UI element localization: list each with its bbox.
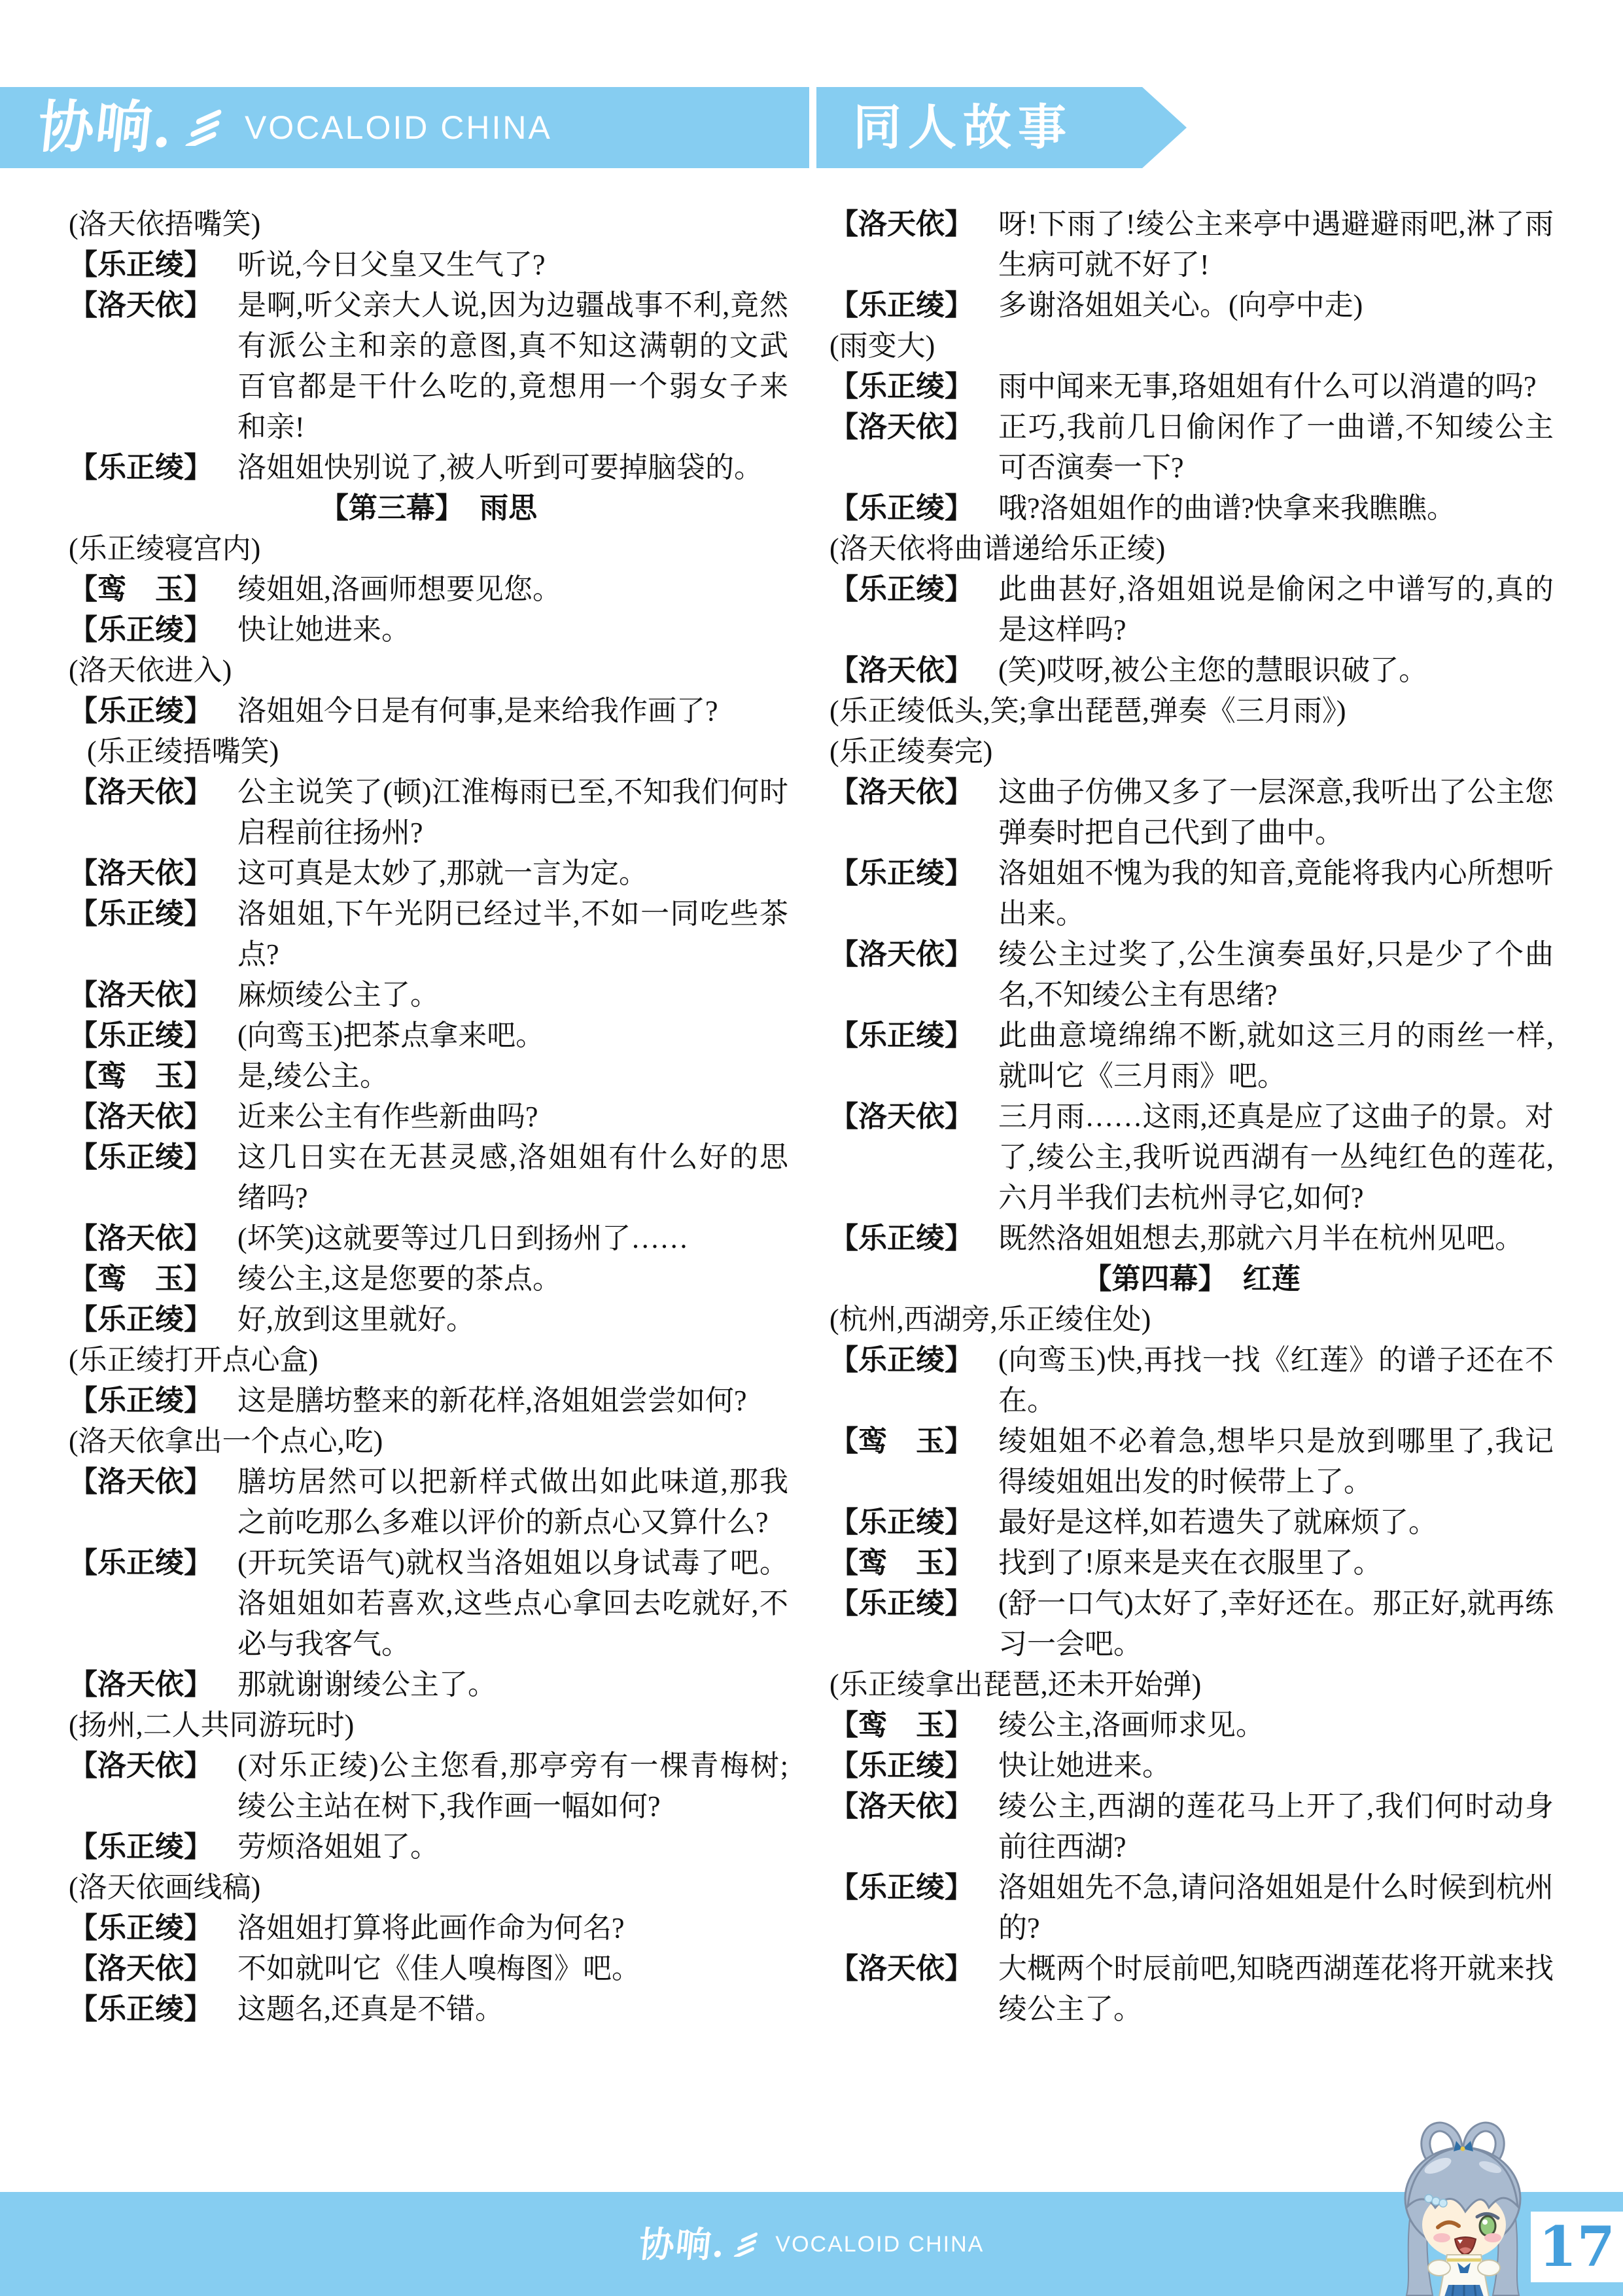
section-title: 同人故事 [853, 103, 1073, 152]
speaker-label: 【乐正绫】 [69, 448, 237, 488]
dialogue-text: (舒一口气)太好了,幸好还在。那正好,就再练习一会吧。 [998, 1583, 1554, 1665]
speaker-label: 【鸾 玉】 [69, 1259, 237, 1299]
dialogue-line: 【乐正绫】(舒一口气)太好了,幸好还在。那正好,就再练习一会吧。 [829, 1583, 1554, 1665]
dialogue-text: 这曲子仿佛又多了一层深意,我听出了公主您弹奏时把自己代到了曲中。 [998, 772, 1554, 853]
dialogue-line: 【洛天依】正巧,我前几日偷闲作了一曲谱,不知绫公主可否演奏一下? [829, 407, 1554, 488]
dialogue-text: 洛姐姐今日是有何事,是来给我作画了? [237, 691, 788, 732]
dialogue-text: 找到了!原来是夹在衣服里了。 [998, 1543, 1554, 1583]
speaker-label: 【乐正绫】 [829, 1583, 998, 1665]
speaker-label: 【乐正绫】 [829, 1218, 998, 1259]
dialogue-line: 【鸾 玉】找到了!原来是夹在衣服里了。 [829, 1543, 1554, 1583]
dialogue-line: 【乐正绫】最好是这样,如若遗失了就麻烦了。 [829, 1502, 1554, 1543]
dialogue-line: 【鸾 玉】绫公主,洛画师求见。 [829, 1705, 1554, 1746]
dialogue-line: 【乐正绫】哦?洛姐姐作的曲谱?快拿来我瞧瞧。 [829, 488, 1554, 529]
dialogue-text: 雨中闻来无事,珞姐姐有什么可以消遣的吗? [998, 366, 1554, 407]
stage-direction: (雨变大) [829, 326, 1554, 366]
dialogue-line: 【洛天依】(对乐正绫)公主您看,那亭旁有一棵青梅树;绫公主站在树下,我作画一幅如… [69, 1746, 788, 1827]
dialogue-text: 近来公主有作些新曲吗? [237, 1097, 788, 1137]
brand-en-label: VOCALOID CHINA [245, 111, 552, 144]
dialogue-text: 绫姐姐不必着急,想毕只是放到哪里了,我记得绫姐姐出发的时候带上了。 [998, 1421, 1554, 1502]
scene-heading: 【第三幕】雨思 [69, 488, 788, 529]
dialogue-line: 【洛天依】三月雨……这雨,还真是应了这曲子的景。对了,绫公主,我听说西湖有一丛纯… [829, 1097, 1554, 1218]
dialogue-line: 【乐正绫】多谢洛姐姐关心。(向亭中走) [829, 285, 1554, 326]
speaker-label: 【乐正绫】 [69, 1299, 237, 1340]
dialogue-line: 【鸾 玉】是,绫公主。 [69, 1056, 788, 1097]
page-number: 17 [1539, 2219, 1615, 2274]
dialogue-text: 这可真是太妙了,那就一言为定。 [237, 853, 788, 894]
speaker-label: 【洛天依】 [829, 204, 998, 285]
stage-direction: (洛天依画线稿) [69, 1867, 788, 1908]
speaker-label: 【洛天依】 [69, 1746, 237, 1827]
speaker-label: 【洛天依】 [69, 1218, 237, 1259]
dialogue-text: (向鸾玉)把茶点拿来吧。 [237, 1016, 788, 1056]
dialogue-text: 这是膳坊整来的新花样,洛姐姐尝尝如何? [237, 1381, 788, 1421]
dialogue-text: 呀!下雨了!绫公主来亭中遇避避雨吧,淋了雨生病可就不好了! [998, 204, 1554, 285]
speaker-label: 【乐正绫】 [829, 1746, 998, 1786]
dialogue-line: 【乐正绫】洛姐姐先不急,请问洛姐姐是什么时候到杭州的? [829, 1867, 1554, 1949]
dialogue-text: 快让她进来。 [237, 610, 788, 650]
dialogue-text: 三月雨……这雨,还真是应了这曲子的景。对了,绫公主,我听说西湖有一丛纯红色的莲花… [998, 1097, 1554, 1218]
dialogue-text: 正巧,我前几日偷闲作了一曲谱,不知绫公主可否演奏一下? [998, 407, 1554, 488]
dialogue-line: 【乐正绫】快让她进来。 [69, 610, 788, 650]
speaker-label: 【乐正绫】 [69, 1827, 237, 1867]
dialogue-line: 【乐正绫】洛姐姐快别说了,被人听到可要掉脑袋的。 [69, 448, 788, 488]
stage-direction: (乐正绫奏完) [829, 732, 1554, 772]
dialogue-line: 【乐正绫】好,放到这里就好。 [69, 1299, 788, 1340]
header-banner: 协响. VOCALOID CHINA [0, 87, 809, 168]
dialogue-text: 大概两个时辰前吧,知晓西湖莲花将开就来找绫公主了。 [998, 1949, 1554, 2030]
dialogue-text: 麻烦绫公主了。 [237, 975, 788, 1016]
speaker-label: 【乐正绫】 [69, 610, 237, 650]
speaker-label: 【洛天依】 [829, 934, 998, 1016]
dialogue-text: 这几日实在无甚灵感,洛姐姐有什么好的思绪吗? [237, 1137, 788, 1218]
dialogue-line: 【乐正绫】洛姐姐,下午光阴已经过半,不如一同吃些茶点? [69, 894, 788, 975]
dialogue-line: 【乐正绫】快让她进来。 [829, 1746, 1554, 1786]
brand-cn-label: 协响. [35, 99, 177, 156]
dialogue-text: 此曲甚好,洛姐姐说是偷闲之中谱写的,真的是这样吗? [998, 569, 1554, 650]
dialogue-line: 【洛天依】是啊,听父亲大人说,因为边疆战事不利,竟然有派公主和亲的意图,真不知这… [69, 285, 788, 448]
speaker-label: 【乐正绫】 [829, 1016, 998, 1097]
dialogue-text: 洛姐姐,下午光阴已经过半,不如一同吃些茶点? [237, 894, 788, 975]
speaker-label: 【乐正绫】 [829, 569, 998, 650]
speaker-label: 【乐正绫】 [69, 1381, 237, 1421]
dialogue-text: 此曲意境绵绵不断,就如这三月的雨丝一样,就叫它《三月雨》吧。 [998, 1016, 1554, 1097]
dialogue-line: 【乐正绫】这是膳坊整来的新花样,洛姐姐尝尝如何? [69, 1381, 788, 1421]
section-banner: 同人故事 [816, 87, 1187, 168]
speaker-label: 【乐正绫】 [69, 1543, 237, 1665]
scene-number-label: 【第四幕】 [1083, 1263, 1227, 1295]
dialogue-line: 【乐正绫】(开玩笑语气)就权当洛姐姐以身试毒了吧。洛姐姐如若喜欢,这些点心拿回去… [69, 1543, 788, 1665]
page-number-box: 17 [1531, 2212, 1623, 2282]
dialogue-line: 【鸾 玉】绫公主,这是您要的茶点。 [69, 1259, 788, 1299]
dialogue-line: 【乐正绫】洛姐姐不愧为我的知音,竟能将我内心所想听出来。 [829, 853, 1554, 934]
dialogue-text: 洛姐姐快别说了,被人听到可要掉脑袋的。 [237, 448, 788, 488]
brand-logo: 协响. VOCALOID CHINA [38, 99, 552, 156]
scene-number-label: 【第三幕】 [320, 492, 464, 524]
dialogue-line: 【乐正绫】劳烦洛姐姐了。 [69, 1827, 788, 1867]
script-column-left: (洛天依捂嘴笑)【乐正绫】听说,今日父皇又生气了?【洛天依】是啊,听父亲大人说,… [69, 204, 788, 2030]
dialogue-line: 【乐正绫】(向鸾玉)把茶点拿来吧。 [69, 1016, 788, 1056]
stage-direction: (洛天依进入) [69, 650, 788, 691]
brand-cn-label: 协响. [637, 2227, 727, 2262]
dialogue-text: 绫公主,这是您要的茶点。 [237, 1259, 788, 1299]
speaker-label: 【洛天依】 [829, 1097, 998, 1218]
scene-title: 红莲 [1243, 1263, 1300, 1295]
dialogue-text: 洛姐姐打算将此画作命为何名? [237, 1908, 788, 1949]
dialogue-text: (开玩笑语气)就权当洛姐姐以身试毒了吧。洛姐姐如若喜欢,这些点心拿回去吃就好,不… [237, 1543, 788, 1665]
dialogue-text: 绫公主过奖了,公生演奏虽好,只是少了个曲名,不知绫公主有思绪? [998, 934, 1554, 1016]
speaker-label: 【洛天依】 [69, 975, 237, 1016]
dialogue-line: 【洛天依】公主说笑了(顿)江淮梅雨已至,不知我们何时启程前往扬州? [69, 772, 788, 853]
speaker-label: 【洛天依】 [829, 650, 998, 691]
brand-en-label: VOCALOID CHINA [775, 2233, 984, 2255]
stage-direction: (乐正绫打开点心盒) [69, 1340, 788, 1381]
dialogue-text: 不如就叫它《佳人嗅梅图》吧。 [237, 1949, 788, 1989]
dialogue-line: 【乐正绫】这几日实在无甚灵感,洛姐姐有什么好的思绪吗? [69, 1137, 788, 1218]
footer-logo: 协响. VOCALOID CHINA [0, 2192, 1623, 2296]
dialogue-text: (坏笑)这就要等过几日到扬州了…… [237, 1218, 788, 1259]
dialogue-line: 【洛天依】膳坊居然可以把新样式做出如此味道,那我之前吃那么多难以评价的新点心又算… [69, 1462, 788, 1543]
dialogue-line: 【洛天依】呀!下雨了!绫公主来亭中遇避避雨吧,淋了雨生病可就不好了! [829, 204, 1554, 285]
speaker-label: 【洛天依】 [69, 285, 237, 448]
dialogue-line: 【洛天依】那就谢谢绫公主了。 [69, 1665, 788, 1705]
dialogue-text: (对乐正绫)公主您看,那亭旁有一棵青梅树;绫公主站在树下,我作画一幅如何? [237, 1746, 788, 1827]
speaker-label: 【乐正绫】 [829, 488, 998, 529]
dialogue-line: 【乐正绫】此曲意境绵绵不断,就如这三月的雨丝一样,就叫它《三月雨》吧。 [829, 1016, 1554, 1097]
dialogue-text: 这题名,还真是不错。 [237, 1989, 788, 2030]
stage-direction: (乐正绫低头,笑;拿出琵琶,弹奏《三月雨》) [829, 691, 1554, 732]
dialogue-text: 劳烦洛姐姐了。 [237, 1827, 788, 1867]
dialogue-text: 既然洛姐姐想去,那就六月半在杭州见吧。 [998, 1218, 1554, 1259]
speaker-label: 【乐正绫】 [829, 1340, 998, 1421]
dialogue-line: 【乐正绫】(向鸾玉)快,再找一找《红莲》的谱子还在不在。 [829, 1340, 1554, 1421]
dialogue-text: 洛姐姐先不急,请问洛姐姐是什么时候到杭州的? [998, 1867, 1554, 1949]
dialogue-text: (向鸾玉)快,再找一找《红莲》的谱子还在不在。 [998, 1340, 1554, 1421]
dialogue-line: 【洛天依】麻烦绫公主了。 [69, 975, 788, 1016]
speaker-label: 【鸾 玉】 [69, 569, 237, 610]
dialogue-line: 【乐正绫】这题名,还真是不错。 [69, 1989, 788, 2030]
dialogue-line: 【洛天依】这可真是太妙了,那就一言为定。 [69, 853, 788, 894]
dialogue-line: 【洛天依】不如就叫它《佳人嗅梅图》吧。 [69, 1949, 788, 1989]
dialogue-text: 快让她进来。 [998, 1746, 1554, 1786]
dialogue-text: 公主说笑了(顿)江淮梅雨已至,不知我们何时启程前往扬州? [237, 772, 788, 853]
dialogue-text: 膳坊居然可以把新样式做出如此味道,那我之前吃那么多难以评价的新点心又算什么? [237, 1462, 788, 1543]
speaker-label: 【鸾 玉】 [829, 1705, 998, 1746]
dialogue-line: 【乐正绫】洛姐姐打算将此画作命为何名? [69, 1908, 788, 1949]
dialogue-text: 绫公主,西湖的莲花马上开了,我们何时动身前往西湖? [998, 1786, 1554, 1867]
stage-direction: (乐正绫拿出琵琶,还未开始弹) [829, 1665, 1554, 1705]
speaker-label: 【乐正绫】 [829, 285, 998, 326]
speaker-label: 【乐正绫】 [69, 691, 237, 732]
speaker-label: 【乐正绫】 [69, 1137, 237, 1218]
wing-icon [733, 2232, 763, 2257]
dialogue-text: 多谢洛姐姐关心。(向亭中走) [998, 285, 1554, 326]
dialogue-line: 【洛天依】绫公主,西湖的莲花马上开了,我们何时动身前往西湖? [829, 1786, 1554, 1867]
dialogue-text: 好,放到这里就好。 [237, 1299, 788, 1340]
dialogue-text: 绫公主,洛画师求见。 [998, 1705, 1554, 1746]
speaker-label: 【乐正绫】 [69, 894, 237, 975]
speaker-label: 【洛天依】 [69, 1462, 237, 1543]
dialogue-line: 【洛天依】近来公主有作些新曲吗? [69, 1097, 788, 1137]
dialogue-text: 听说,今日父皇又生气了? [237, 245, 788, 285]
speaker-label: 【洛天依】 [69, 1665, 237, 1705]
dialogue-line: 【洛天依】绫公主过奖了,公生演奏虽好,只是少了个曲名,不知绫公主有思绪? [829, 934, 1554, 1016]
dialogue-line: 【洛天依】(坏笑)这就要等过几日到扬州了…… [69, 1218, 788, 1259]
scene-title: 雨思 [480, 492, 537, 524]
speaker-label: 【洛天依】 [829, 772, 998, 853]
dialogue-text: 绫姐姐,洛画师想要见您。 [237, 569, 788, 610]
dialogue-line: 【乐正绫】洛姐姐今日是有何事,是来给我作画了? [69, 691, 788, 732]
dialogue-line: 【洛天依】大概两个时辰前吧,知晓西湖莲花将开就来找绫公主了。 [829, 1949, 1554, 2030]
speaker-label: 【鸾 玉】 [829, 1421, 998, 1502]
dialogue-text: (笑)哎呀,被公主您的慧眼识破了。 [998, 650, 1554, 691]
dialogue-line: 【乐正绫】听说,今日父皇又生气了? [69, 245, 788, 285]
speaker-label: 【乐正绫】 [829, 366, 998, 407]
dialogue-line: 【洛天依】(笑)哎呀,被公主您的慧眼识破了。 [829, 650, 1554, 691]
speaker-label: 【鸾 玉】 [69, 1056, 237, 1097]
speaker-label: 【洛天依】 [829, 407, 998, 488]
speaker-label: 【乐正绫】 [829, 1502, 998, 1543]
stage-direction: (杭州,西湖旁,乐正绫住处) [829, 1299, 1554, 1340]
dialogue-line: 【乐正绫】既然洛姐姐想去,那就六月半在杭州见吧。 [829, 1218, 1554, 1259]
scene-heading: 【第四幕】红莲 [829, 1259, 1554, 1299]
speaker-label: 【鸾 玉】 [829, 1543, 998, 1583]
speaker-label: 【洛天依】 [69, 772, 237, 853]
dialogue-text: 那就谢谢绫公主了。 [237, 1665, 788, 1705]
dialogue-line: 【乐正绫】雨中闻来无事,珞姐姐有什么可以消遣的吗? [829, 366, 1554, 407]
dialogue-line: 【乐正绫】此曲甚好,洛姐姐说是偷闲之中谱写的,真的是这样吗? [829, 569, 1554, 650]
speaker-label: 【洛天依】 [69, 1097, 237, 1137]
dialogue-line: 【鸾 玉】绫姐姐,洛画师想要见您。 [69, 569, 788, 610]
speaker-label: 【乐正绫】 [829, 853, 998, 934]
speaker-label: 【洛天依】 [829, 1949, 998, 2030]
stage-direction: (洛天依拿出一个点心,吃) [69, 1421, 788, 1462]
speaker-label: 【乐正绫】 [69, 245, 237, 285]
stage-direction: (扬州,二人共同游玩时) [69, 1705, 788, 1746]
dialogue-text: 哦?洛姐姐作的曲谱?快拿来我瞧瞧。 [998, 488, 1554, 529]
dialogue-text: 洛姐姐不愧为我的知音,竟能将我内心所想听出来。 [998, 853, 1554, 934]
stage-direction: (乐正绫捂嘴笑) [69, 732, 788, 772]
dialogue-text: 是,绫公主。 [237, 1056, 788, 1097]
speaker-label: 【洛天依】 [829, 1786, 998, 1867]
stage-direction: (洛天依将曲谱递给乐正绫) [829, 529, 1554, 569]
dialogue-line: 【洛天依】这曲子仿佛又多了一层深意,我听出了公主您弹奏时把自己代到了曲中。 [829, 772, 1554, 853]
stage-direction: (洛天依捂嘴笑) [69, 204, 788, 245]
wing-icon [184, 109, 230, 146]
script-column-right: 【洛天依】呀!下雨了!绫公主来亭中遇避避雨吧,淋了雨生病可就不好了!【乐正绫】多… [829, 204, 1554, 2030]
magazine-page: 协响. VOCALOID CHINA 同人故事 (洛天依捂嘴笑)【乐正绫】听说,… [0, 0, 1623, 2296]
speaker-label: 【乐正绫】 [829, 1867, 998, 1949]
speaker-label: 【乐正绫】 [69, 1016, 237, 1056]
mascot-luo-tianyi-illustration [1392, 2120, 1533, 2296]
dialogue-text: 最好是这样,如若遗失了就麻烦了。 [998, 1502, 1554, 1543]
speaker-label: 【乐正绫】 [69, 1908, 237, 1949]
dialogue-text: 是啊,听父亲大人说,因为边疆战事不利,竟然有派公主和亲的意图,真不知这满朝的文武… [237, 285, 788, 448]
dialogue-line: 【鸾 玉】绫姐姐不必着急,想毕只是放到哪里了,我记得绫姐姐出发的时候带上了。 [829, 1421, 1554, 1502]
speaker-label: 【乐正绫】 [69, 1989, 237, 2030]
speaker-label: 【洛天依】 [69, 1949, 237, 1989]
speaker-label: 【洛天依】 [69, 853, 237, 894]
stage-direction: (乐正绫寝宫内) [69, 529, 788, 569]
